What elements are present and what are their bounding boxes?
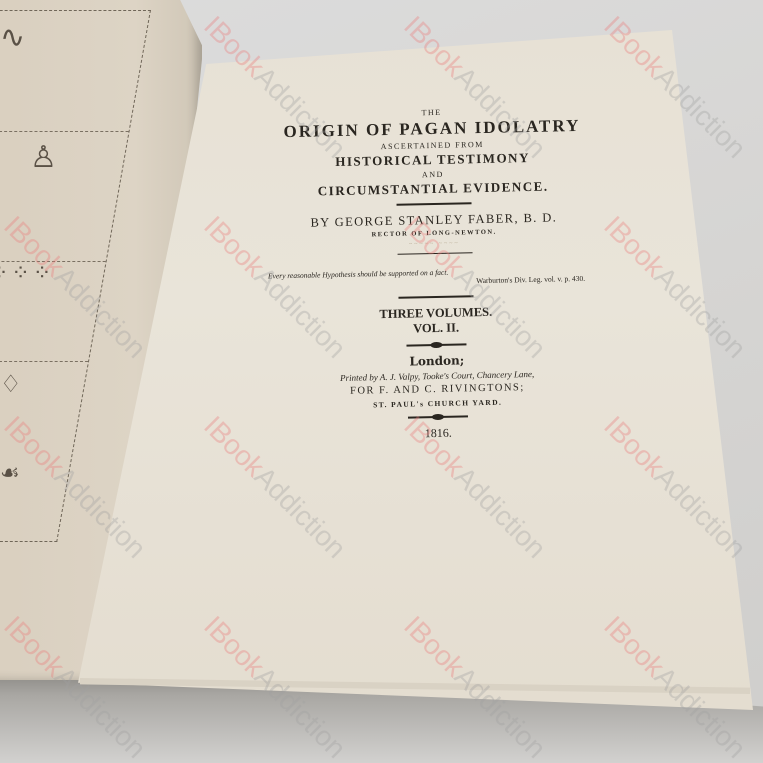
figure-sketch-icon: ☙ [0, 460, 20, 486]
divider-rule [398, 295, 473, 299]
dotted-circle-sketch-icon: ⁘⁘⁘ [0, 260, 54, 286]
ornament-rule [408, 415, 468, 418]
seated-figure-sketch-icon: ♙ [30, 140, 57, 175]
ornament-rule [406, 343, 466, 346]
book-photo: ∿ ♙ ⁘⁘⁘ ♢ ☙ DS. THE ORIGIN OF PAGAN IDOL… [0, 0, 763, 763]
blade-sketch-icon: ♢ [0, 370, 22, 399]
title-block: THE ORIGIN OF PAGAN IDOLATRY ASCERTAINED… [247, 104, 624, 445]
divider-rule [396, 202, 471, 206]
plate-caption: DS. [0, 545, 1, 557]
serpent-sketch-icon: ∿ [0, 20, 25, 55]
divider-rule [397, 252, 472, 255]
plate-divider [0, 361, 88, 362]
plate-divider [0, 131, 129, 132]
